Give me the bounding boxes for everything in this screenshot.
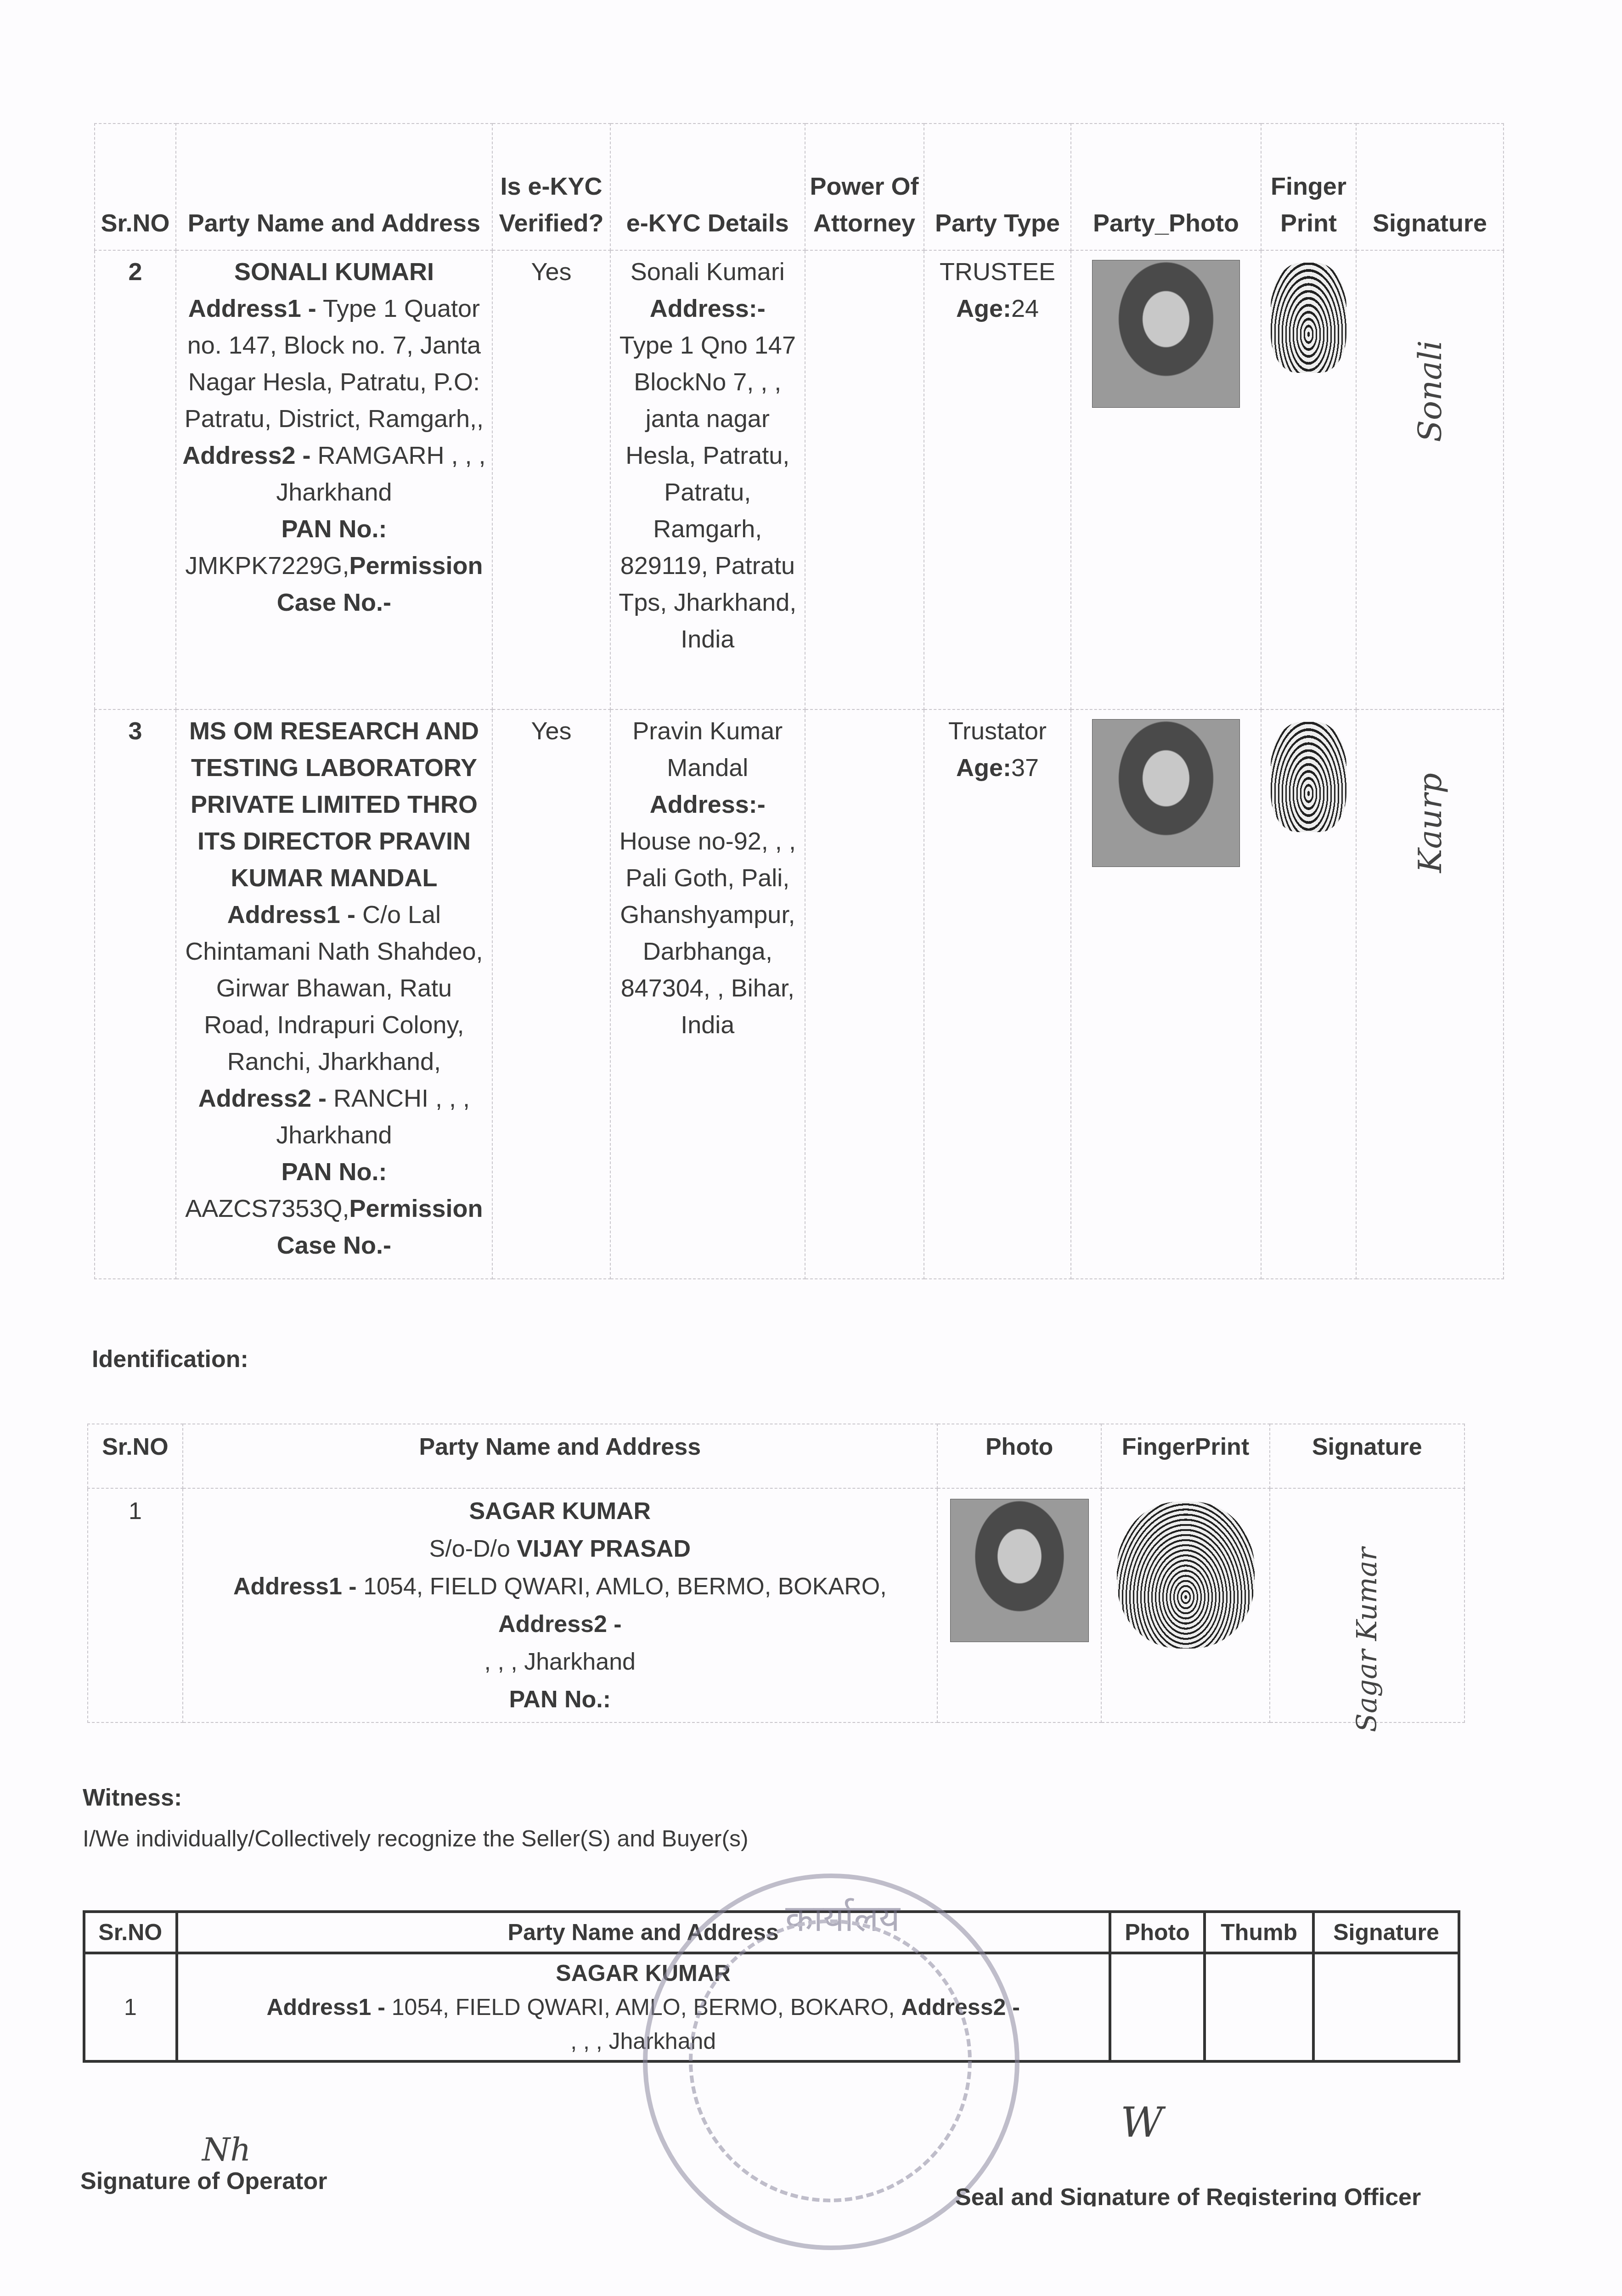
witness-statement: I/We individually/Collectively recognize…	[83, 1825, 749, 1852]
ekyc-details: Pravin Kumar Mandal Address:- House no-9…	[610, 709, 805, 1279]
header-party-photo: Party_Photo	[1071, 124, 1261, 250]
header-party-name-address: Party Name and Address	[183, 1424, 937, 1488]
header-party-type: Party Type	[924, 124, 1071, 250]
ekyc-verified: Yes	[492, 709, 610, 1279]
finger-print	[1261, 250, 1357, 709]
address2: , , , Jharkhand	[183, 2024, 1104, 2058]
header-power-of-attorney: Power Of Attorney	[805, 124, 924, 250]
address2-label: Address2 -	[901, 1994, 1019, 2020]
address2-label: Address2 -	[182, 442, 310, 469]
party-name-address: SAGAR KUMAR Address1 - 1054, FIELD QWARI…	[177, 1953, 1110, 2061]
party-name: SAGAR KUMAR	[188, 1492, 932, 1530]
ekyc-verified: Yes	[492, 250, 610, 709]
header-ekyc-verified: Is e-KYC Verified?	[492, 124, 610, 250]
party-name: SONALI KUMARI	[181, 253, 487, 290]
ekyc-address: House no-92, , , Pali Goth, Pali, Ghansh…	[615, 823, 800, 1043]
photo-cell	[1110, 1953, 1205, 2061]
header-sr-no: Sr.NO	[88, 1424, 183, 1488]
sr-no: 2	[95, 250, 176, 709]
witness-label: Witness:	[83, 1784, 182, 1812]
party-table: Sr.NO Party Name and Address Is e-KYC Ve…	[94, 123, 1504, 1279]
ekyc-name: Sonali Kumari	[615, 253, 800, 290]
power-of-attorney	[805, 709, 924, 1279]
header-signature: Signature	[1270, 1424, 1464, 1488]
header-thumb: Thumb	[1205, 1912, 1313, 1953]
table-row: 1 SAGAR KUMAR Address1 - 1054, FIELD QWA…	[84, 1953, 1459, 2061]
age-value: 24	[1011, 295, 1039, 322]
signature-cell: Sonali	[1356, 250, 1504, 709]
address1-label: Address1 -	[233, 1573, 357, 1600]
party-photo	[1071, 709, 1261, 1279]
party-photo	[1071, 250, 1261, 709]
party-name: MS OM RESEARCH AND TESTING LABORATORY PR…	[181, 713, 487, 896]
ekyc-name: Pravin Kumar Mandal	[615, 713, 800, 786]
operator-signature-label: Signature of Operator	[80, 2167, 327, 2195]
party-type-value: TRUSTEE	[929, 253, 1066, 290]
header-sr-no: Sr.NO	[95, 124, 176, 250]
identification-header: Sr.NO Party Name and Address Photo Finge…	[88, 1424, 1464, 1488]
address1: 1054, FIELD QWARI, AMLO, BERMO, BOKARO,	[392, 1994, 895, 2020]
signature-cell: Kaurp	[1356, 709, 1504, 1279]
handwritten-signature: Sagar Kumar	[1348, 1548, 1386, 1732]
header-fingerprint: FingerPrint	[1101, 1424, 1269, 1488]
photo-image	[950, 1499, 1089, 1642]
ekyc-address-label: Address:-	[615, 290, 800, 327]
address1-label: Address1 -	[266, 1994, 385, 2020]
pan-label: PAN No.:	[188, 1681, 932, 1718]
witness-table: Sr.NO Party Name and Address Photo Thumb…	[83, 1910, 1460, 2063]
party-table-header: Sr.NO Party Name and Address Is e-KYC Ve…	[95, 124, 1504, 250]
signature-cell	[1313, 1953, 1459, 2061]
header-ekyc-details: e-KYC Details	[610, 124, 805, 250]
address1: 1054, FIELD QWARI, AMLO, BERMO, BOKARO,	[363, 1573, 886, 1600]
pan-number: JMKPK7229G,	[185, 552, 349, 580]
party-name-address: SONALI KUMARI Address1 - Type 1 Quator n…	[176, 250, 492, 709]
identification-label: Identification:	[92, 1345, 248, 1373]
photo-cell	[937, 1488, 1102, 1722]
fingerprint-image	[1271, 722, 1346, 832]
relation-name: VIJAY PRASAD	[517, 1536, 691, 1562]
officer-signature-mark: W	[1121, 2099, 1163, 2147]
header-party-name-address: Party Name and Address	[177, 1912, 1110, 1953]
sr-no: 1	[84, 1953, 177, 2061]
signature-cell: Sagar Kumar	[1270, 1488, 1464, 1722]
age-label: Age:	[956, 754, 1011, 782]
party-name: SAGAR KUMAR	[183, 1956, 1104, 1990]
fingerprint-cell	[1101, 1488, 1269, 1722]
party-name-address: SAGAR KUMAR S/o-D/o VIJAY PRASAD Address…	[183, 1488, 937, 1722]
power-of-attorney	[805, 250, 924, 709]
address2: , , , Jharkhand	[188, 1643, 932, 1681]
pan-label: PAN No.:	[181, 1154, 487, 1190]
thumb-cell	[1205, 1953, 1313, 2061]
sr-no: 1	[88, 1488, 183, 1722]
fingerprint-image	[1117, 1502, 1255, 1649]
age-value: 37	[1011, 754, 1039, 782]
address1-label: Address1 -	[188, 295, 316, 322]
relation-prefix: S/o-D/o	[429, 1536, 510, 1562]
header-photo: Photo	[1110, 1912, 1205, 1953]
witness-header: Sr.NO Party Name and Address Photo Thumb…	[84, 1912, 1459, 1953]
identification-table: Sr.NO Party Name and Address Photo Finge…	[87, 1424, 1465, 1723]
table-row: 3 MS OM RESEARCH AND TESTING LABORATORY …	[95, 709, 1504, 1279]
photo-image	[1092, 719, 1240, 867]
photo-image	[1092, 260, 1240, 408]
ekyc-address-label: Address:-	[615, 786, 800, 823]
handwritten-signature: Sonali	[1412, 340, 1448, 442]
table-row: 1 SAGAR KUMAR S/o-D/o VIJAY PRASAD Addre…	[88, 1488, 1464, 1722]
finger-print	[1261, 709, 1357, 1279]
officer-signature-label: Seal and Signature of Registering Office…	[955, 2183, 1421, 2206]
party-type-value: Trustator	[929, 713, 1066, 749]
age-label: Age:	[956, 295, 1011, 322]
header-sr-no: Sr.NO	[84, 1912, 177, 1953]
handwritten-signature: Kaurp	[1412, 773, 1448, 872]
header-photo: Photo	[937, 1424, 1102, 1488]
address2-label: Address2 -	[188, 1605, 932, 1643]
fingerprint-image	[1271, 263, 1346, 373]
address1-label: Address1 -	[227, 901, 355, 929]
party-type: Trustator Age:37	[924, 709, 1071, 1279]
ekyc-address: Type 1 Qno 147 BlockNo 7, , , janta naga…	[615, 327, 800, 658]
pan-label: PAN No.:	[181, 511, 487, 547]
header-finger-print: Finger Print	[1261, 124, 1357, 250]
header-signature: Signature	[1313, 1912, 1459, 1953]
party-type: TRUSTEE Age:24	[924, 250, 1071, 709]
pan-number: AAZCS7353Q,	[185, 1195, 349, 1222]
ekyc-details: Sonali Kumari Address:- Type 1 Qno 147 B…	[610, 250, 805, 709]
party-name-address: MS OM RESEARCH AND TESTING LABORATORY PR…	[176, 709, 492, 1279]
address2-label: Address2 -	[198, 1085, 327, 1112]
sr-no: 3	[95, 709, 176, 1279]
header-party-name-address: Party Name and Address	[176, 124, 492, 250]
table-row: 2 SONALI KUMARI Address1 - Type 1 Quator…	[95, 250, 1504, 709]
operator-signature-mark: Nh	[202, 2131, 251, 2168]
header-signature: Signature	[1356, 124, 1504, 250]
